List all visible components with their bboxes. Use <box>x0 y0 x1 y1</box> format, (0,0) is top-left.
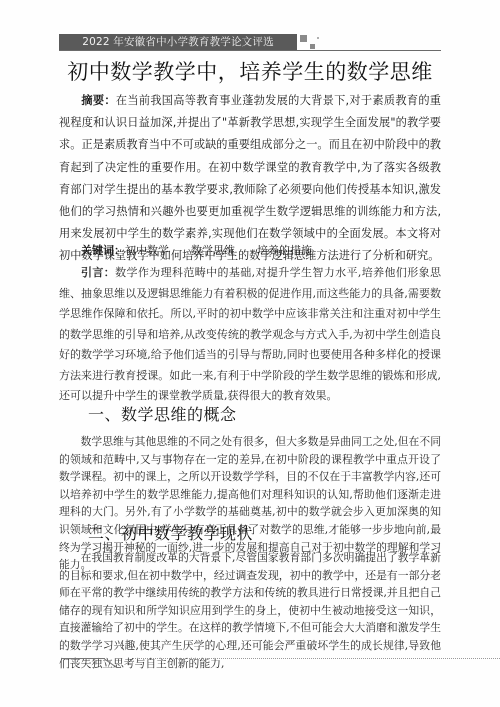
page-number: 1 <box>120 642 125 651</box>
introduction-text: 数学作为理科范畴中的基础,对提升学生智力水平,培养他们形象思维、抽象思维以及逻辑… <box>59 266 441 402</box>
document-page: 2022 年安徽省中小学教育教学论文评选 初中数学教学中，培养学生的数学思维 摘… <box>0 0 500 707</box>
footer-dotted-rule <box>133 658 500 659</box>
keyword-item: 初中数学 <box>125 244 169 257</box>
introduction-label: 引言： <box>81 266 115 279</box>
keywords-line: 关键词：初中数学数学思维培养的措施 <box>81 243 334 259</box>
decorative-square-icon <box>300 35 307 42</box>
abstract-label: 摘要： <box>81 94 115 107</box>
footer-rule-left <box>61 658 105 659</box>
abstract-text: 在当前我国高等教育事业蓬勃发展的大背景下,对于素质教育的重视程度和认识日益加深,… <box>59 94 441 262</box>
section-2-paragraph: 在我国教育制度改革的大背景下,尽管国家教育部门多次明确提出了教学革新的目标和要求… <box>59 549 441 672</box>
header-rule <box>59 50 441 51</box>
keywords-label: 关键词： <box>81 244 125 257</box>
journal-header-text: 2022 年安徽省中小学教育教学论文评选 <box>59 34 297 51</box>
abstract-paragraph: 摘要：在当前我国高等教育事业蓬勃发展的大背景下,对于素质教育的重视程度和认识日益… <box>59 90 441 268</box>
keyword-item: 培养的措施 <box>257 244 312 257</box>
decorative-square-small-icon <box>310 44 315 49</box>
section-heading-2: 二、初中数学教学现状 <box>88 523 253 545</box>
introduction-paragraph: 引言：数学作为理科范畴中的基础,对提升学生智力水平,培养他们形象思维、抽象思维以… <box>59 263 441 407</box>
decorative-dot-icon <box>317 37 319 39</box>
keyword-item: 数学思维 <box>191 244 235 257</box>
paper-title: 初中数学教学中，培养学生的数学思维 <box>0 57 500 87</box>
section-heading-1: 一、数学思维的概念 <box>88 404 237 426</box>
